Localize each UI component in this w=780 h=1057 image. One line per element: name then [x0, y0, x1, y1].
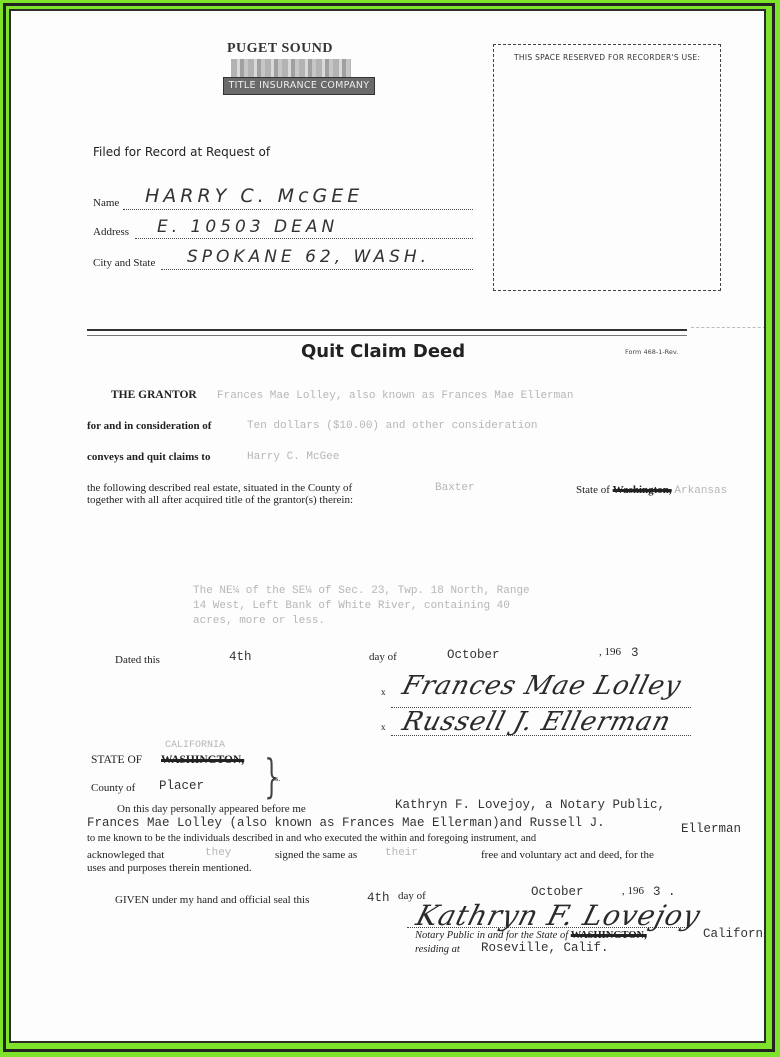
- recorder-use-box: THIS SPACE RESERVED FOR RECORDER'S USE:: [493, 44, 721, 291]
- day-of-label: day of: [369, 651, 397, 663]
- logo-banner: TITLE INSURANCE COMPANY: [223, 77, 375, 95]
- notary-public-text: Notary Public in and for the State of: [415, 930, 568, 941]
- deed-document: PUGET SOUND TITLE INSURANCE COMPANY THIS…: [9, 9, 766, 1043]
- legal-line-3: acres, more or less.: [193, 614, 530, 629]
- name-label: Name: [93, 197, 119, 209]
- state-of-label: State of: [576, 484, 610, 496]
- signature-marker-1: x: [381, 687, 386, 697]
- legal-description: The NE¼ of the SE¼ of Sec. 23, Twp. 18 N…: [193, 584, 530, 629]
- real-estate-line2: together with all after acquired title o…: [87, 494, 353, 506]
- signature-russell: Russell J. Ellerman: [399, 707, 675, 737]
- ack-they: they: [205, 847, 231, 859]
- given-day: 4th: [367, 891, 390, 905]
- logo-skyline-icon: [231, 59, 351, 77]
- city-state-label: City and State: [93, 257, 155, 269]
- residing-label: residing at: [415, 944, 460, 955]
- given-label: GIVEN under my hand and official seal th…: [115, 894, 309, 906]
- dated-label: Dated this: [115, 654, 160, 666]
- address-label: Address: [93, 226, 129, 238]
- given-year-suffix: 3 .: [653, 885, 676, 899]
- form-number: Form 468-1-Rev.: [625, 348, 678, 356]
- persons-overflow: Ellerman: [681, 822, 741, 836]
- state-label: State of Washington, Arkansas: [576, 484, 727, 497]
- county-value: Baxter: [435, 482, 475, 494]
- page-title: Quit Claim Deed: [301, 341, 465, 362]
- ss-label: ss.: [273, 775, 280, 783]
- uses-line: uses and purposes therein mentioned.: [87, 862, 252, 874]
- notary-typed: Kathryn F. Lovejoy, a Notary Public,: [395, 798, 665, 812]
- city-state-line: [161, 269, 473, 270]
- state-value: Arkansas: [674, 485, 727, 497]
- notary-signature: Kathryn F. Lovejoy: [413, 899, 705, 932]
- ack-state-struck: WASHINGTON,: [161, 754, 244, 766]
- given-month: October: [531, 885, 584, 899]
- header-rule: [87, 329, 687, 336]
- appeared-text: On this day personally appeared before m…: [117, 803, 306, 815]
- notary-public-label: Notary Public in and for the State of WA…: [415, 930, 647, 941]
- ack-county-label: County of: [91, 782, 135, 794]
- grantor-value: Frances Mae Lolley, also known as France…: [217, 390, 573, 402]
- conveys-label: conveys and quit claims to: [87, 451, 210, 463]
- city-state-field: SPOKANE 62, WASH.: [187, 247, 430, 267]
- grantee-value: Harry C. McGee: [247, 451, 339, 463]
- legal-line-1: The NE¼ of the SE¼ of Sec. 23, Twp. 18 N…: [193, 584, 530, 599]
- ack-state-label: STATE OF: [91, 754, 142, 766]
- dated-month: October: [447, 648, 500, 662]
- filed-heading: Filed for Record at Request of: [93, 145, 270, 159]
- signature-frances: Frances Mae Lolley: [399, 671, 685, 701]
- given-year-prefix: , 196: [622, 885, 644, 897]
- address-field: E. 10503 DEAN: [157, 217, 338, 237]
- consideration-label: for and in consideration of: [87, 420, 211, 432]
- ack-their: their: [385, 847, 418, 859]
- ack-label: acknowleged that: [87, 849, 164, 861]
- ack-county-value: Placer: [159, 779, 204, 793]
- dated-day: 4th: [229, 650, 252, 664]
- residing-value: Roseville, Calif.: [481, 941, 609, 955]
- name-line: [123, 209, 473, 210]
- faint-rule: [691, 327, 766, 329]
- recorder-label: THIS SPACE RESERVED FOR RECORDER'S USE:: [514, 53, 700, 62]
- grantor-label: THE GRANTOR: [111, 389, 197, 401]
- free-act-text: free and voluntary act and deed, for the: [481, 849, 654, 861]
- dated-year-suffix: 3: [631, 646, 639, 660]
- dated-year-prefix: , 196: [599, 646, 621, 658]
- ack-state-value: CALIFORNIA: [165, 740, 225, 751]
- signature-marker-2: x: [381, 722, 386, 732]
- notary-state-struck: WASHINGTON,: [571, 930, 647, 941]
- address-line: [135, 238, 473, 239]
- consideration-value: Ten dollars ($10.00) and other considera…: [247, 420, 537, 432]
- signed-same-as: signed the same as: [275, 849, 357, 861]
- known-line: to me known to be the individuals descri…: [87, 833, 536, 844]
- persons-line: Frances Mae Lolley (also known as France…: [87, 816, 605, 830]
- legal-line-2: 14 West, Left Bank of White River, conta…: [193, 599, 530, 614]
- notary-state-value: California: [703, 927, 766, 941]
- state-struck: Washington,: [613, 484, 672, 496]
- puget-sound-logo: PUGET SOUND TITLE INSURANCE COMPANY: [223, 41, 377, 99]
- name-field: HARRY C. McGEE: [145, 185, 363, 207]
- real-estate-line1: the following described real estate, sit…: [87, 482, 352, 494]
- logo-company-name: PUGET SOUND: [227, 41, 333, 57]
